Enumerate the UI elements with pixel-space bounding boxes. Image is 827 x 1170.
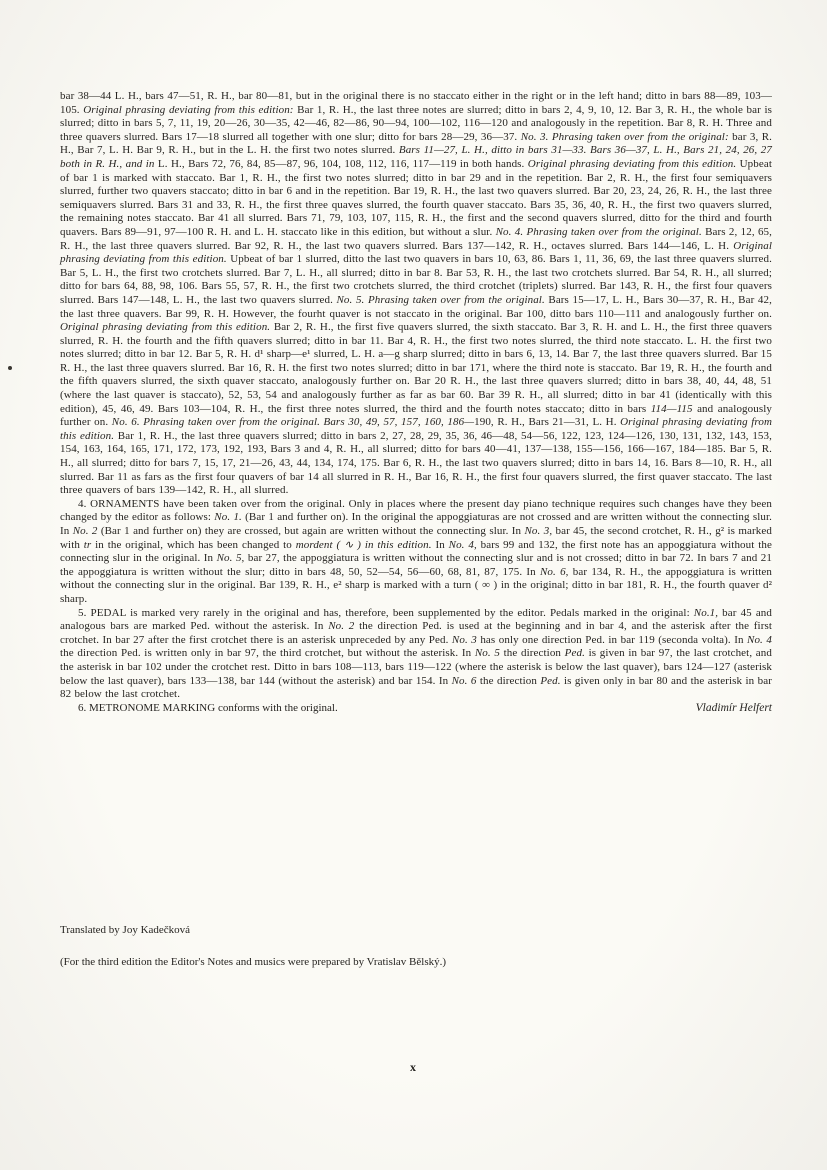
paragraphs-container: bar 38—44 L. H., bars 47—51, R. H., bar … xyxy=(60,90,772,702)
paragraph: 4. ORNAMENTS have been taken over from t… xyxy=(60,498,772,607)
metronome-row: 6. METRONOME MARKING conforms with the o… xyxy=(60,702,772,716)
paragraph: bar 38—44 L. H., bars 47—51, R. H., bar … xyxy=(60,90,772,498)
page-number: x xyxy=(0,1060,827,1075)
author-signature: Vladimír Helfert xyxy=(696,702,772,714)
third-edition-note: (For the third edition the Editor's Note… xyxy=(60,956,446,968)
editors-notes-text-block: bar 38—44 L. H., bars 47—51, R. H., bar … xyxy=(60,90,772,715)
translator-credit: Translated by Joy Kadečková xyxy=(60,924,190,936)
paragraph: 5. PEDAL is marked very rarely in the or… xyxy=(60,607,772,702)
scan-speck xyxy=(8,366,12,370)
metronome-paragraph: 6. METRONOME MARKING conforms with the o… xyxy=(60,702,338,716)
